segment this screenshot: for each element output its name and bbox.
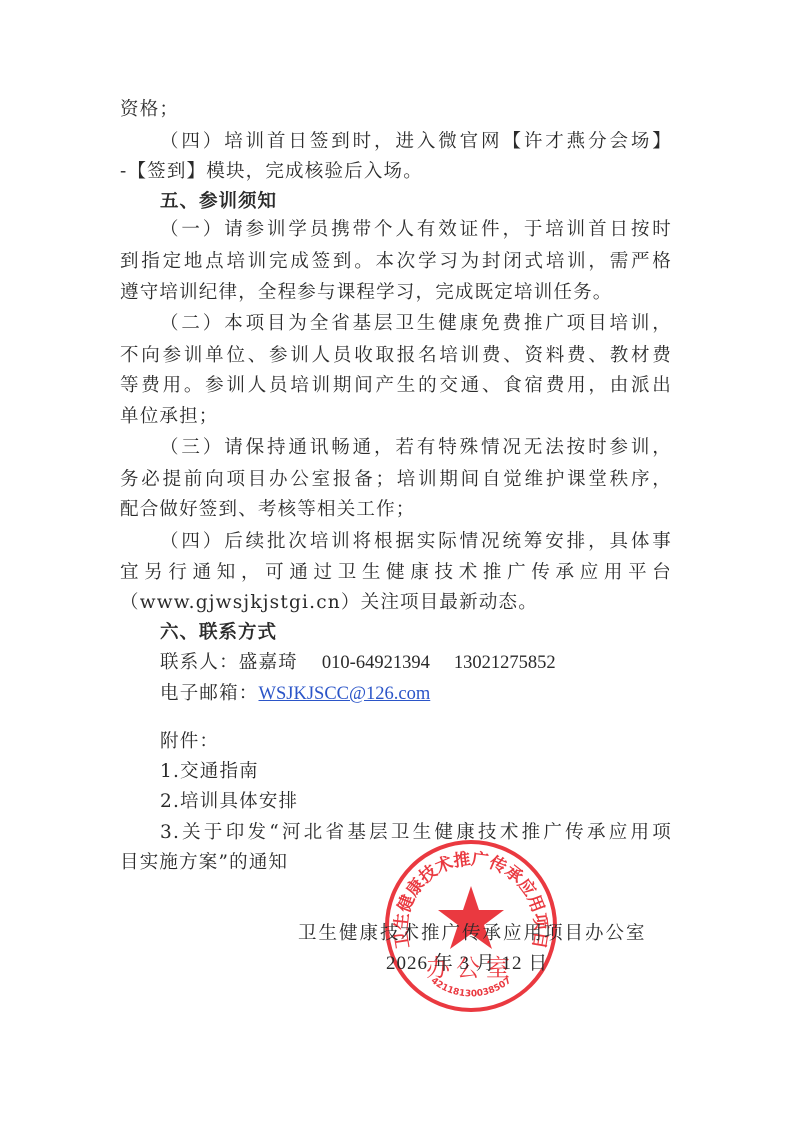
- paragraph-line: -【签到】模块，完成核验后入场。: [120, 160, 423, 184]
- paragraph-line: 资格；: [120, 98, 179, 122]
- contact-person: 联系人：盛嘉琦: [160, 652, 298, 673]
- paragraph-line: 不向参训单位、参训人员收取报名培训费、资料费、教材费: [120, 344, 672, 368]
- contact-line: 联系人：盛嘉琦010-6492139413021275852: [160, 651, 556, 675]
- section-heading-5: 五、参训须知: [160, 190, 277, 214]
- paragraph-line: （二）本项目为全省基层卫生健康免费推广项目培训，: [160, 312, 672, 336]
- attachment-item-continued: 目实施方案”的通知: [120, 851, 288, 875]
- signature-org: 卫生健康技术推广传承应用项目办公室: [298, 922, 647, 946]
- paragraph-line: （三）请保持通讯畅通，若有特殊情况无法按时参训，: [160, 436, 672, 460]
- email-link[interactable]: WSJKJSCC@126.com: [259, 684, 431, 704]
- paragraph-line: 宜另行通知，可通过卫生健康技术推广传承应用平台: [120, 561, 672, 585]
- email-line: 电子邮箱：WSJKJSCC@126.com: [160, 682, 430, 706]
- paragraph-line: 单位承担；: [120, 405, 219, 429]
- paragraph-line: 等费用。参训人员培训期间产生的交通、食宿费用，由派出: [120, 374, 672, 398]
- paragraph-line: （四）后续批次培训将根据实际情况统筹安排，具体事: [160, 530, 672, 554]
- paragraph-line: （一）请参训学员携带个人有效证件，于培训首日按时: [160, 218, 672, 242]
- paragraph-line: 遵守培训纪律，全程参与课程学习，完成既定培训任务。: [120, 281, 613, 305]
- attachment-item: 2.培训具体安排: [160, 790, 298, 814]
- signature-date: 2026 年 3 月 12 日: [386, 952, 548, 976]
- paragraph-line: 到指定地点培训完成签到。本次学习为封闭式培训，需严格: [120, 250, 672, 274]
- paragraph-line: （四）培训首日签到时，进入微官网【许才燕分会场】: [160, 130, 672, 154]
- paragraph-line: 配合做好签到、考核等相关工作；: [120, 498, 416, 522]
- attachments-title: 附件：: [160, 730, 219, 754]
- contact-phone: 010-64921394: [322, 653, 430, 673]
- attachment-item: 1.交通指南: [160, 760, 259, 784]
- paragraph-line: 务必提前向项目办公室报备；培训期间自觉维护课堂秩序，: [120, 468, 672, 492]
- email-label: 电子邮箱：: [160, 683, 259, 704]
- section-heading-6: 六、联系方式: [160, 621, 277, 645]
- contact-mobile: 13021275852: [454, 653, 556, 673]
- paragraph-line: （www.gjwsjkjstgi.cn）关注项目最新动态。: [120, 591, 538, 615]
